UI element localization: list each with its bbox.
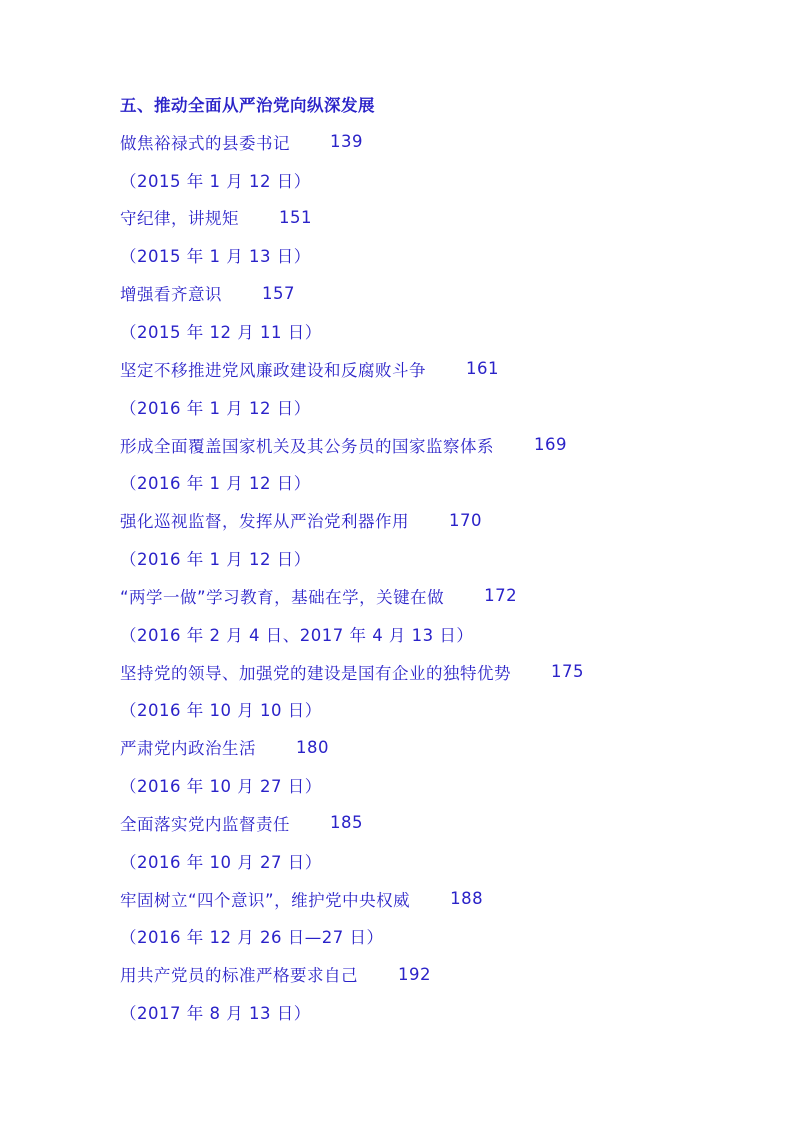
toc-entry-date: （2016 年 2 月 4 日、2017 年 4 月 13 日） [120, 615, 760, 653]
toc-entry-title: 用共产党员的标准严格要求自己 [120, 962, 358, 986]
toc-entry-title: 强化巡视监督，发挥从严治党利器作用 [120, 508, 409, 532]
toc-entry: 坚持党的领导、加强党的建设是国有企业的独特优势 175 （2016 年 10 月… [120, 653, 760, 729]
toc-entry-link[interactable]: 强化巡视监督，发挥从严治党利器作用 170 [120, 501, 760, 539]
toc-entry-date: （2015 年 12 月 11 日） [120, 312, 760, 350]
toc-entry-date: （2016 年 1 月 12 日） [120, 463, 760, 501]
toc-entry-link[interactable]: 坚定不移推进党风廉政建设和反腐败斗争 161 [120, 350, 760, 388]
toc-entry: 用共产党员的标准严格要求自己 192 （2017 年 8 月 13 日） [120, 955, 760, 1031]
toc-entry-title: “两学一做”学习教育，基础在学，关键在做 [120, 584, 444, 608]
toc-list: 做焦裕禄式的县委书记 139 （2015 年 1 月 12 日） 守纪律，讲规矩… [120, 123, 760, 1031]
toc-entry-title: 形成全面覆盖国家机关及其公务员的国家监察体系 [120, 433, 494, 457]
toc-entry-page-number: 175 [551, 662, 584, 681]
toc-entry-date: （2016 年 12 月 26 日—27 日） [120, 918, 760, 956]
toc-entry-page-number: 185 [330, 813, 363, 832]
toc-entry-page-number: 192 [398, 965, 431, 984]
toc-entry: 强化巡视监督，发挥从严治党利器作用 170 （2016 年 1 月 12 日） [120, 501, 760, 577]
toc-entry-date: （2016 年 1 月 12 日） [120, 388, 760, 426]
toc-entry-page-number: 169 [534, 435, 567, 454]
toc-entry-link[interactable]: 守纪律，讲规矩 151 [120, 199, 760, 237]
toc-entry-page-number: 172 [484, 586, 517, 605]
toc-entry-page-number: 151 [279, 208, 312, 227]
toc-entry-date: （2016 年 10 月 10 日） [120, 691, 760, 729]
toc-entry-title: 全面落实党内监督责任 [120, 811, 290, 835]
toc-entry: 全面落实党内监督责任 185 （2016 年 10 月 27 日） [120, 804, 760, 880]
toc-entry: 形成全面覆盖国家机关及其公务员的国家监察体系 169 （2016 年 1 月 1… [120, 426, 760, 502]
document-page: 五、推动全面从严治党向纵深发展 做焦裕禄式的县委书记 139 （2015 年 1… [0, 0, 800, 1130]
toc-entry-link[interactable]: 增强看齐意识 157 [120, 274, 760, 312]
toc-entry-title: 坚定不移推进党风廉政建设和反腐败斗争 [120, 357, 426, 381]
toc-entry-title: 增强看齐意识 [120, 281, 222, 305]
toc-entry: 守纪律，讲规矩 151 （2015 年 1 月 13 日） [120, 199, 760, 275]
toc-entry-page-number: 139 [330, 132, 363, 151]
toc-entry-page-number: 188 [450, 889, 483, 908]
toc-entry-link[interactable]: 全面落实党内监督责任 185 [120, 804, 760, 842]
toc-entry: 做焦裕禄式的县委书记 139 （2015 年 1 月 12 日） [120, 123, 760, 199]
toc-entry-date: （2017 年 8 月 13 日） [120, 993, 760, 1031]
toc-entry: 坚定不移推进党风廉政建设和反腐败斗争 161 （2016 年 1 月 12 日） [120, 350, 760, 426]
toc-entry: 严肃党内政治生活 180 （2016 年 10 月 27 日） [120, 728, 760, 804]
toc-entry-link[interactable]: 形成全面覆盖国家机关及其公务员的国家监察体系 169 [120, 426, 760, 464]
toc-entry-page-number: 161 [466, 359, 499, 378]
toc-entry: “两学一做”学习教育，基础在学，关键在做 172 （2016 年 2 月 4 日… [120, 577, 760, 653]
section-heading: 五、推动全面从严治党向纵深发展 [120, 85, 760, 123]
toc-entry-date: （2016 年 1 月 12 日） [120, 539, 760, 577]
toc-entry-page-number: 180 [296, 738, 329, 757]
toc-entry-page-number: 170 [449, 511, 482, 530]
toc-entry-date: （2015 年 1 月 13 日） [120, 236, 760, 274]
toc-entry-title: 做焦裕禄式的县委书记 [120, 130, 290, 154]
toc-entry-link[interactable]: 用共产党员的标准严格要求自己 192 [120, 955, 760, 993]
toc-entry-link[interactable]: 严肃党内政治生活 180 [120, 728, 760, 766]
toc-entry-date: （2015 年 1 月 12 日） [120, 161, 760, 199]
toc-entry-title: 严肃党内政治生活 [120, 735, 256, 759]
toc-section: 五、推动全面从严治党向纵深发展 做焦裕禄式的县委书记 139 （2015 年 1… [120, 85, 760, 1031]
toc-entry-title: 牢固树立“四个意识”，维护党中央权威 [120, 887, 410, 911]
toc-entry-title: 坚持党的领导、加强党的建设是国有企业的独特优势 [120, 660, 511, 684]
toc-entry-link[interactable]: “两学一做”学习教育，基础在学，关键在做 172 [120, 577, 760, 615]
toc-entry: 牢固树立“四个意识”，维护党中央权威 188 （2016 年 12 月 26 日… [120, 880, 760, 956]
toc-entry-link[interactable]: 做焦裕禄式的县委书记 139 [120, 123, 760, 161]
toc-entry-page-number: 157 [262, 284, 295, 303]
toc-entry-date: （2016 年 10 月 27 日） [120, 766, 760, 804]
toc-entry-link[interactable]: 坚持党的领导、加强党的建设是国有企业的独特优势 175 [120, 653, 760, 691]
toc-entry-title: 守纪律，讲规矩 [120, 205, 239, 229]
toc-entry: 增强看齐意识 157 （2015 年 12 月 11 日） [120, 274, 760, 350]
toc-entry-date: （2016 年 10 月 27 日） [120, 842, 760, 880]
toc-entry-link[interactable]: 牢固树立“四个意识”，维护党中央权威 188 [120, 880, 760, 918]
